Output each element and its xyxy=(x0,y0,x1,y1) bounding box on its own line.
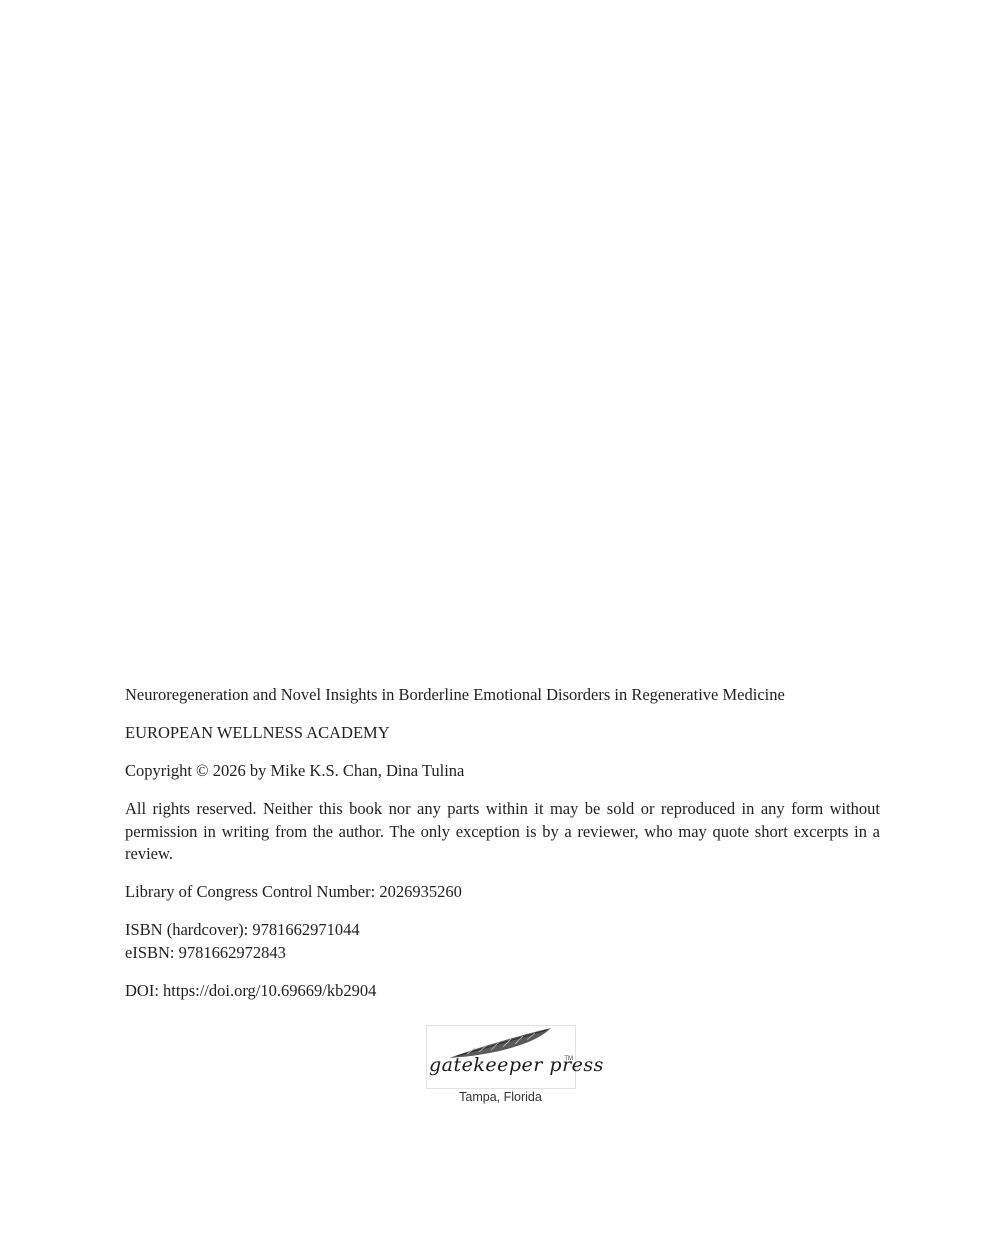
book-title: Neuroregeneration and Novel Insights in … xyxy=(125,684,880,707)
publisher-location: Tampa, Florida xyxy=(426,1089,575,1105)
organization-name: EUROPEAN WELLNESS ACADEMY xyxy=(125,722,880,745)
rights-statement: All rights reserved. Neither this book n… xyxy=(125,798,880,866)
isbn-hardcover: ISBN (hardcover): 9781662971044 xyxy=(125,919,880,942)
eisbn: eISBN: 9781662972843 xyxy=(125,942,880,965)
trademark-mark: TM xyxy=(564,1056,573,1062)
doi: DOI: https://doi.org/10.69669/kb2904 xyxy=(125,980,880,1003)
publisher-logo-box: gatekeeper press TM xyxy=(426,1025,576,1089)
publisher-logo: gatekeeper press TM Tampa, Florida xyxy=(426,1025,575,1105)
copyright-notice: Copyright © 2026 by Mike K.S. Chan, Dina… xyxy=(125,760,880,783)
copyright-page: Neuroregeneration and Novel Insights in … xyxy=(125,684,880,1018)
publisher-name: gatekeeper press xyxy=(429,1054,604,1076)
lccn: Library of Congress Control Number: 2026… xyxy=(125,881,880,904)
